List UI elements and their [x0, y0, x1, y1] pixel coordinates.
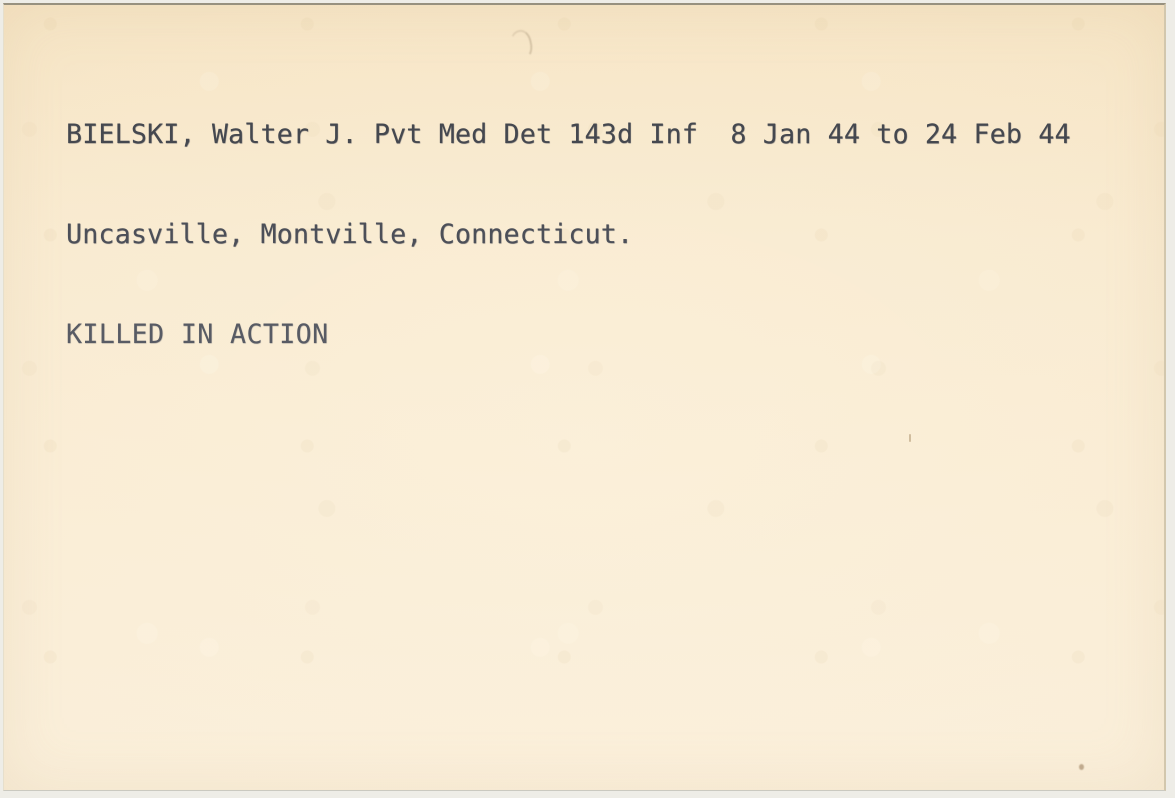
hometown-line: Uncasville, Montville, Connecticut.	[66, 218, 1071, 251]
index-card: BIELSKI, Walter J. Pvt Med Det 143d Inf …	[3, 3, 1166, 791]
casualty-status-line: KILLED IN ACTION	[66, 318, 1071, 351]
typewritten-text-block: BIELSKI, Walter J. Pvt Med Det 143d Inf …	[66, 51, 1071, 418]
name-rank-unit-dates-line: BIELSKI, Walter J. Pvt Med Det 143d Inf …	[66, 118, 1071, 151]
scanned-card-image: BIELSKI, Walter J. Pvt Med Det 143d Inf …	[0, 0, 1175, 798]
paper-fiber-speck	[909, 434, 911, 442]
paper-dot-speck	[1079, 764, 1084, 770]
